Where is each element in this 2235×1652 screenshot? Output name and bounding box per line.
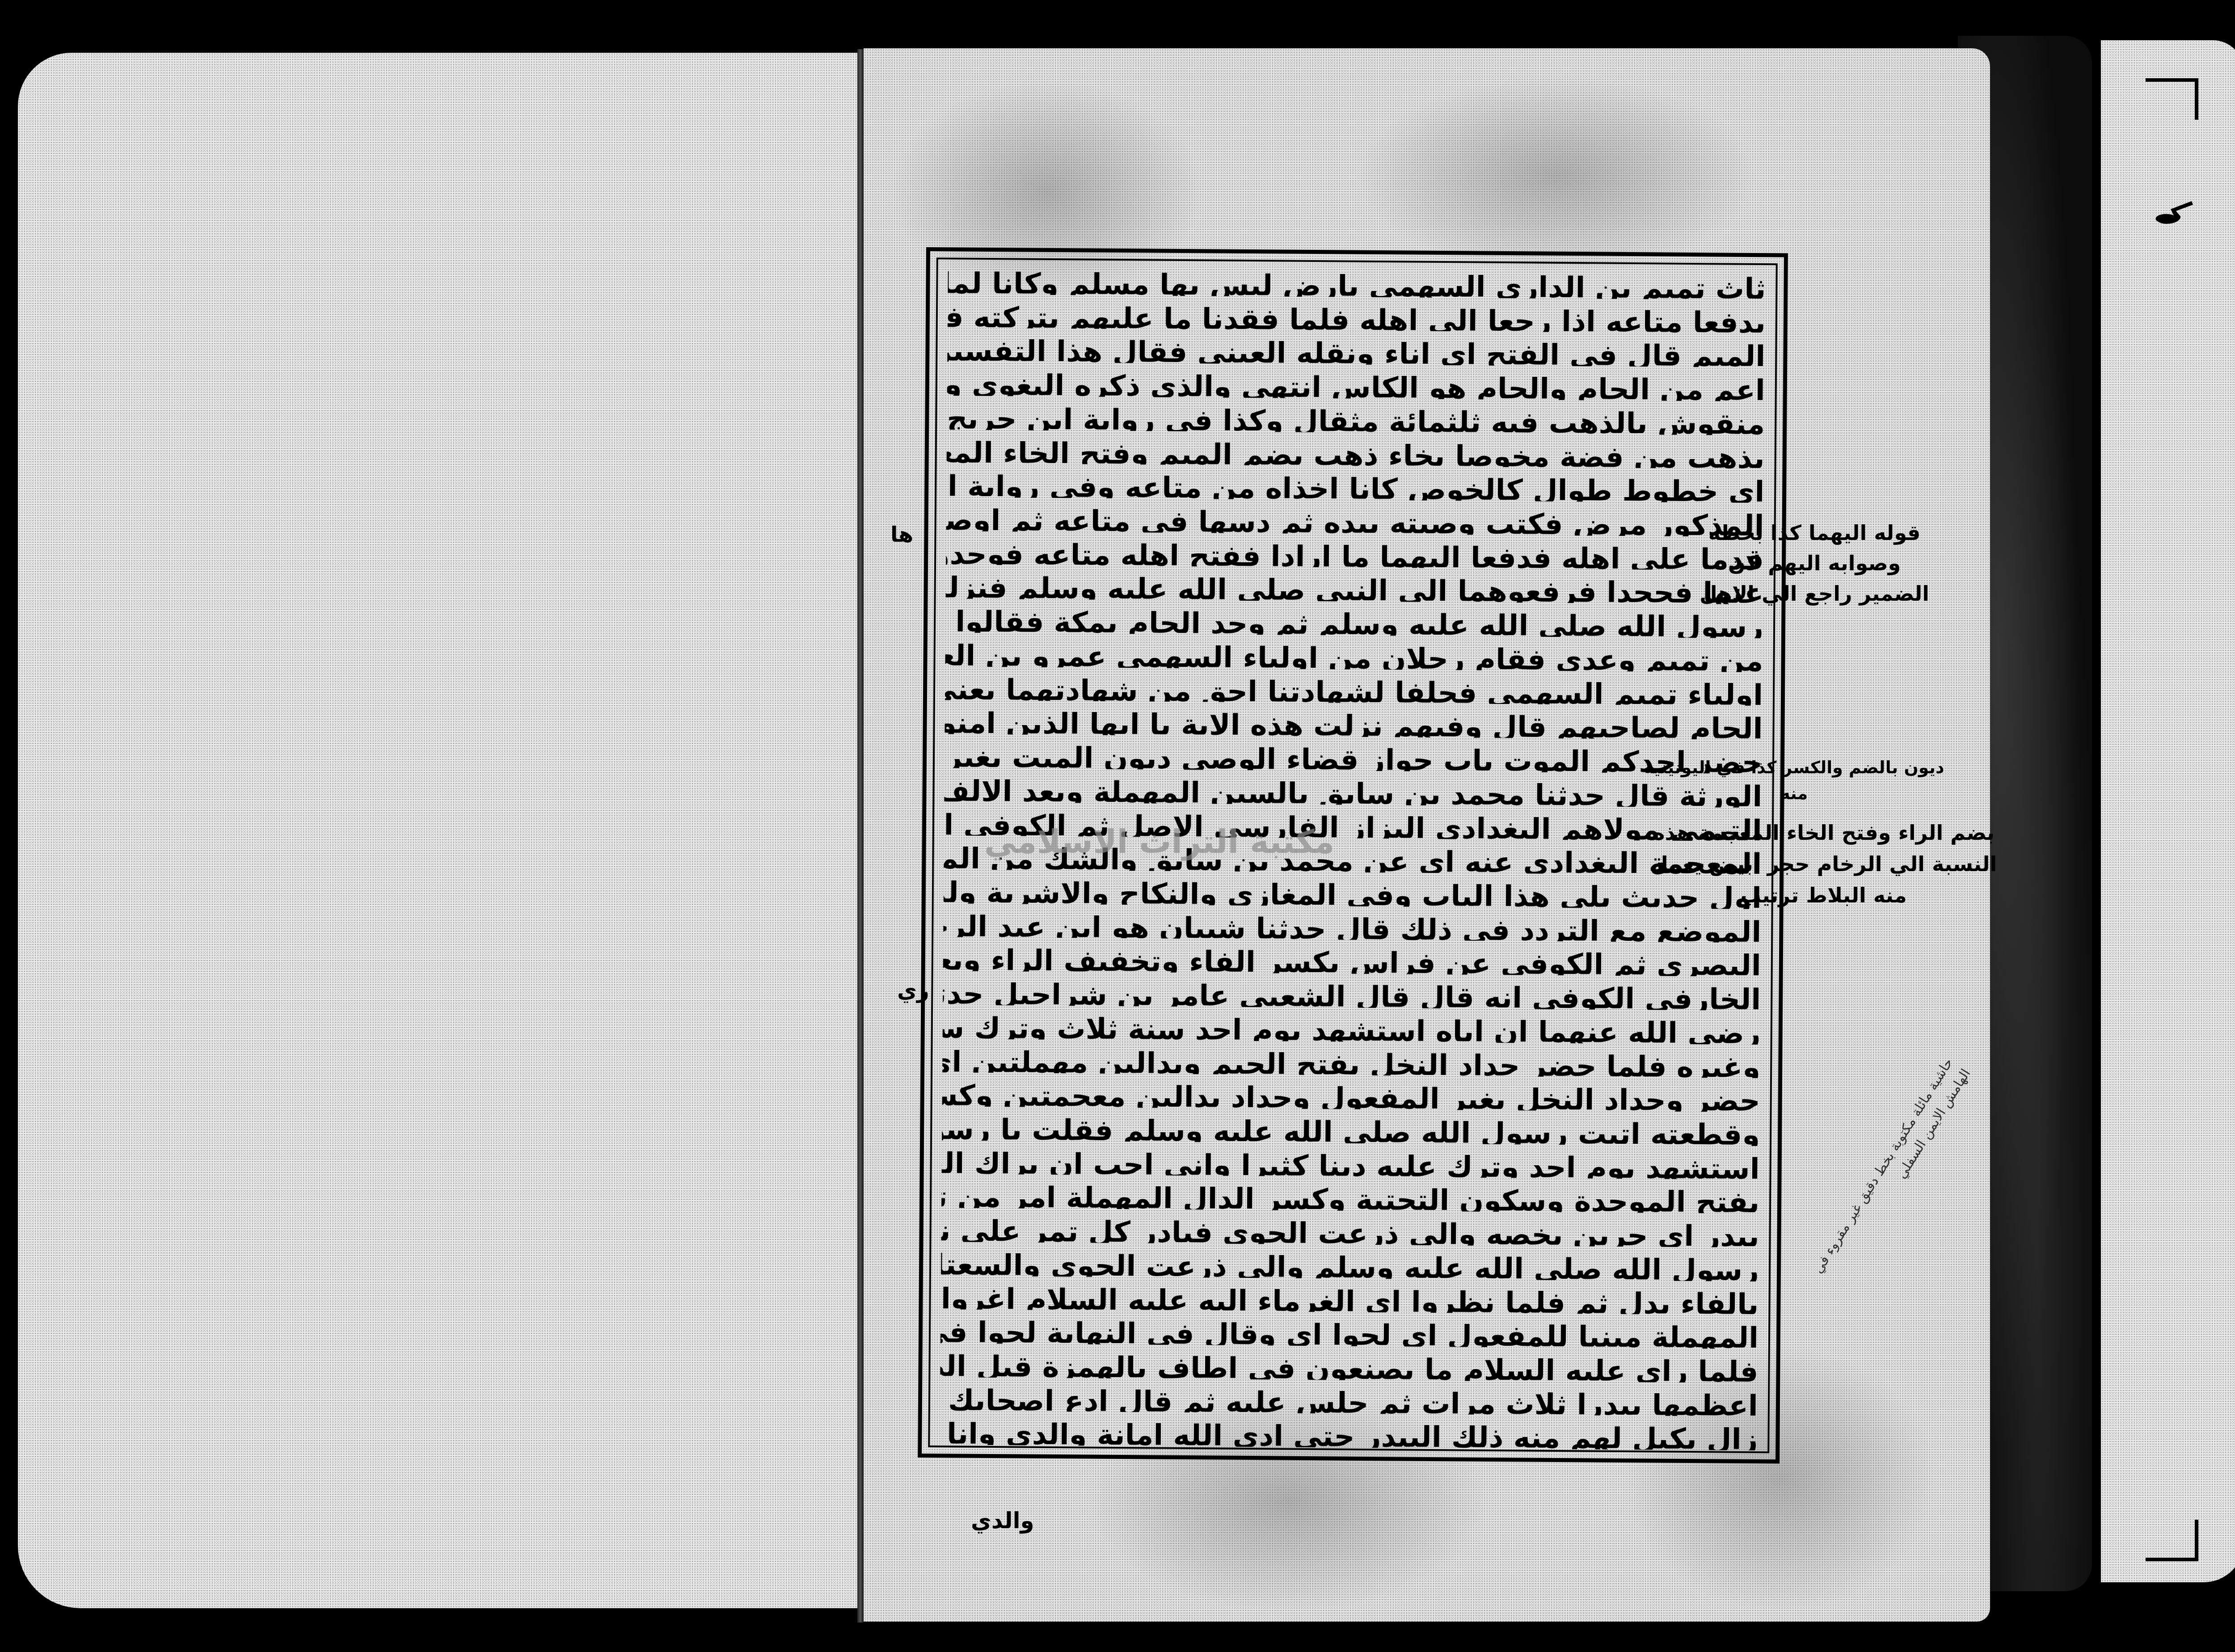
text-line: قدما على اهله فدفعا اليهما ما ارادا ففتح…: [946, 531, 1764, 570]
text-line: رضي الله عنهما ان اباه استشهد يوم احد سن…: [943, 1005, 1761, 1044]
text-line: رسول الله صلى الله عليه وسلم والي ذرعت ا…: [941, 1242, 1759, 1281]
margin-note-line: ديون بالضم والكسر كذا في اليونينية: [1644, 754, 1944, 780]
margin-note-left-1: ها: [890, 522, 913, 547]
binding-gutter: [857, 49, 864, 1622]
text-line: المذكور مرض فكتب وصيته بيده ثم دسها في م…: [946, 497, 1764, 536]
text-line: ثاث تميم بن الداري السهمي بارض ليس بها م…: [948, 260, 1766, 299]
folio-number-mark: [2149, 188, 2198, 232]
text-line: بالفاء بدل ثم فلما نظروا اي الغرماء اليه…: [940, 1276, 1758, 1315]
crop-mark-top-right: [2146, 78, 2198, 120]
crop-mark-bottom-right: [2146, 1520, 2198, 1561]
text-line: منقوش بالذهب فيه ثلثمائة مثقال وكذا في ر…: [947, 396, 1765, 435]
text-line: بذهب من فضة مخوصا بخاء ذهب بضم الميم وفت…: [947, 430, 1765, 469]
text-line: يدفعا متاعه اذا رجعا الي اهله فلما فقدنا…: [948, 294, 1766, 333]
margin-note-line: منه: [1644, 780, 1944, 806]
margin-note-line: بضم الراء وفتح الخاء المعجمة هذه: [1650, 817, 1997, 848]
margin-note-line: النسبة الي الرخام حجر ابيض يعمل: [1650, 848, 1997, 880]
text-line: اولياء تميم السهمي فحلفا لشهادتنا احق من…: [945, 666, 1763, 706]
text-line: عنها فجحدا فرفعوهما الي النبي صلى الله ع…: [946, 565, 1764, 604]
text-line: اي خطوط طوال كالخوص كانا اخذاه من متاعه …: [946, 464, 1764, 503]
text-line: الميم قال في الفتح اي اناء ونقله العيني …: [947, 328, 1765, 367]
catchword: والدي: [971, 1508, 1034, 1534]
margin-note-line: قوله اليهما كذا بخطه: [1699, 518, 1929, 548]
text-line: فلما راى عليه السلام ما يصنعون في اطاف ب…: [940, 1343, 1758, 1382]
margin-note-line: الضمير راجع الي الاهل: [1699, 578, 1929, 609]
text-line: الجام لصاحبهم قال وفيهم نزلت هذه الاية ي…: [945, 700, 1763, 740]
text-line: اول حديث يلي هذا الباب وفي المغازي والنك…: [944, 869, 1762, 909]
margin-note-line: وصوابه اليهم لان: [1699, 548, 1929, 578]
text-line: وغيره فلما حضر جداد النخل بفتح الجيم وبد…: [942, 1039, 1760, 1078]
text-line: اعم من الجام والجام هو الكاس انتهى والذي…: [947, 362, 1765, 401]
text-line: بفتح الموحدة وسكون التحتية وكسر الدال ال…: [941, 1174, 1759, 1214]
library-watermark: مكتبة التراث الاسلامي: [984, 823, 1334, 860]
text-line: استشهد يوم احد وترك عليه دينا كثيرا واني…: [942, 1140, 1760, 1180]
margin-note-right-1: قوله اليهما كذا بخطه وصوابه اليهم لان ال…: [1699, 518, 1929, 609]
left-blank-page: [18, 53, 858, 1608]
text-line: بيدر اي جرين بخصه والي ذرعت الحوي فبادر …: [941, 1208, 1759, 1247]
text-line: وقطعته اتيت رسول الله صلى الله عليه وسلم…: [942, 1106, 1760, 1146]
margin-note-left-2: ري: [897, 978, 929, 1003]
water-stain: [1355, 75, 1758, 276]
right-manuscript-page: ثاث تميم بن الداري السهمي بارض ليس بها م…: [864, 48, 1990, 1622]
margin-note-right-3: بضم الراء وفتح الخاء المعجمة هذه النسبة …: [1650, 817, 1997, 911]
text-line: زال يكيل لهم منه ذلك البيدر حتى ادى الله…: [940, 1411, 1758, 1450]
text-line: اعظمها بيدرا ثلاث مرات ثم جلس عليه ثم قا…: [940, 1377, 1758, 1416]
text-line: الموضع مع التردد في ذلك قال حدثنا شيبان …: [943, 903, 1761, 943]
text-line: حضر احدكم الموت باب جواز قضاء الوصي ديون…: [945, 734, 1763, 773]
margin-note-right-2: ديون بالضم والكسر كذا في اليونينية منه: [1644, 754, 1944, 806]
text-line: البصري ثم الكوفي عن فراس بكسر الفاء وتخف…: [943, 937, 1761, 977]
back-cover-board: [2101, 40, 2235, 1582]
text-line: المهملة مبنيا للمفعول اي لجوا اي وقال في…: [940, 1310, 1758, 1349]
margin-note-line: منه البلاط ترتيب: [1650, 880, 1997, 911]
text-line: الورثة قال حدثنا محمد بن سابق بالسين الم…: [944, 768, 1762, 807]
text-line: من تميم وعدي فقام رجلان من اولياء السهمي…: [945, 632, 1763, 672]
text-line: حضر وجداد النخل بغير المفعول وجداد بدالي…: [942, 1073, 1760, 1112]
diagonal-margin-note: حاشية مائلة مكتوبة بخط دقيق غير مقروء في…: [1789, 1054, 1976, 1319]
text-line: رسول الله صلى الله عليه وسلم ثم وجد الجا…: [945, 599, 1763, 638]
text-line: الخارفي الكوفي انه قال قال الشعبي عامر ب…: [943, 971, 1761, 1010]
